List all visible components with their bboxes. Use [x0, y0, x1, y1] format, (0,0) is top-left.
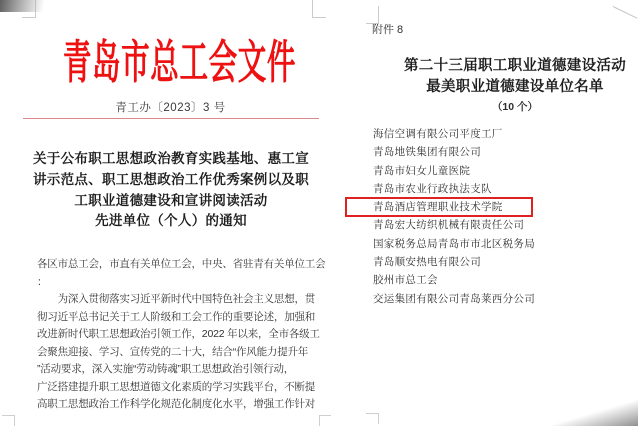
document-title-line: 先进单位（个人）的通知	[23, 211, 319, 232]
body-text-line: 高职工思想政治工作科学化规范化制度化水平，增强工作针对	[37, 396, 321, 414]
official-document-page: 青岛市总工会文件 青工办〔2023〕3 号 关于公布职工思想政治教育实践基地、惠…	[0, 0, 331, 426]
document-title-line: 关于公布职工思想政治教育实践基地、惠工宣	[23, 149, 319, 170]
unit-list-item: 青岛市农业行政执法支队	[373, 180, 535, 198]
annex-title-line1: 第二十三届职工职业道德建设活动	[365, 56, 638, 76]
unit-list-item: 海信空调有限公司平度工厂	[373, 125, 535, 143]
unit-count: （10 个）	[365, 99, 638, 114]
document-title-line: 讲示范点、职工思想政治工作优秀案例以及职	[23, 170, 319, 191]
document-title-line: 工职业道德建设和宣讲阅读活动	[23, 191, 319, 212]
body-text-line: 彻习近平总书记关于工人阶级和工会工作的重要论述，加强和	[37, 309, 321, 327]
document-scan: 青岛市总工会文件 青工办〔2023〕3 号 关于公布职工思想政治教育实践基地、惠…	[0, 0, 638, 426]
unit-list-item: 青岛顺安热电有限公司	[373, 253, 535, 271]
annex-page: 附件 8 第二十三届职工职业道德建设活动 最美职业道德建设单位名单 （10 个）…	[331, 0, 638, 426]
body-text-line: 为深入贯彻落实习近平新时代中国特色社会主义思想，贯	[37, 291, 321, 309]
unit-list-item: 青岛地铁集团有限公司	[373, 143, 535, 161]
margin-crop-mark	[2, 415, 15, 426]
unit-list-item-label: 青岛酒店管理职业技术学院	[373, 201, 503, 213]
unit-list: 海信空调有限公司平度工厂 青岛地铁集团有限公司 青岛市妇女儿童医院 青岛市农业行…	[373, 125, 535, 308]
body-text-line: 会聚焦迎接、学习、宣传党的二十大，结合“作风能力提升年	[37, 344, 321, 362]
unit-list-item: 胶州市总工会	[373, 271, 535, 289]
body-text-line: ”活动要求，深入实施“劳动铸魂”职工思想政治引领行动，	[37, 361, 321, 379]
unit-list-item: 青岛市妇女儿童医院	[373, 162, 535, 180]
document-header-banner: 青岛市总工会文件	[63, 37, 268, 89]
document-title: 关于公布职工思想政治教育实践基地、惠工宣 讲示范点、职工思想政治工作优秀案例以及…	[23, 149, 319, 232]
unit-list-item: 交运集团有限公司青岛莱西分公司	[373, 290, 535, 308]
red-divider-line	[23, 118, 319, 119]
body-text-line: 改进新时代职工思想政治引领工作，2022 年以来，全市各级工	[37, 326, 321, 344]
document-number: 青工办〔2023〕3 号	[0, 99, 341, 115]
margin-crop-mark	[312, 0, 326, 18]
unit-list-item: 国家税务总局青岛市市北区税务局	[373, 235, 535, 253]
unit-list-item-highlighted: 青岛酒店管理职业技术学院	[373, 198, 535, 216]
body-text-line: 广泛搭建提升职工思想道德文化素质的学习实践平台，不断提	[37, 379, 321, 397]
margin-crop-mark	[366, 413, 379, 424]
unit-list-item: 青岛宏大纺织机械有限责任公司	[373, 216, 535, 234]
scan-artifact-corner-shadow	[543, 398, 638, 426]
document-body: 各区市总工会，市直有关单位工会，中央、省驻青有关单位工会 ： 为深入贯彻落实习近…	[37, 256, 321, 414]
body-text-line: 各区市总工会，市直有关单位工会，中央、省驻青有关单位工会	[37, 256, 321, 274]
annex-title-line2: 最美职业道德建设单位名单	[365, 77, 638, 97]
annex-label: 附件 8	[372, 21, 403, 37]
scan-artifact-corner-smudge	[0, 0, 58, 12]
body-text-line: ：	[37, 274, 321, 292]
